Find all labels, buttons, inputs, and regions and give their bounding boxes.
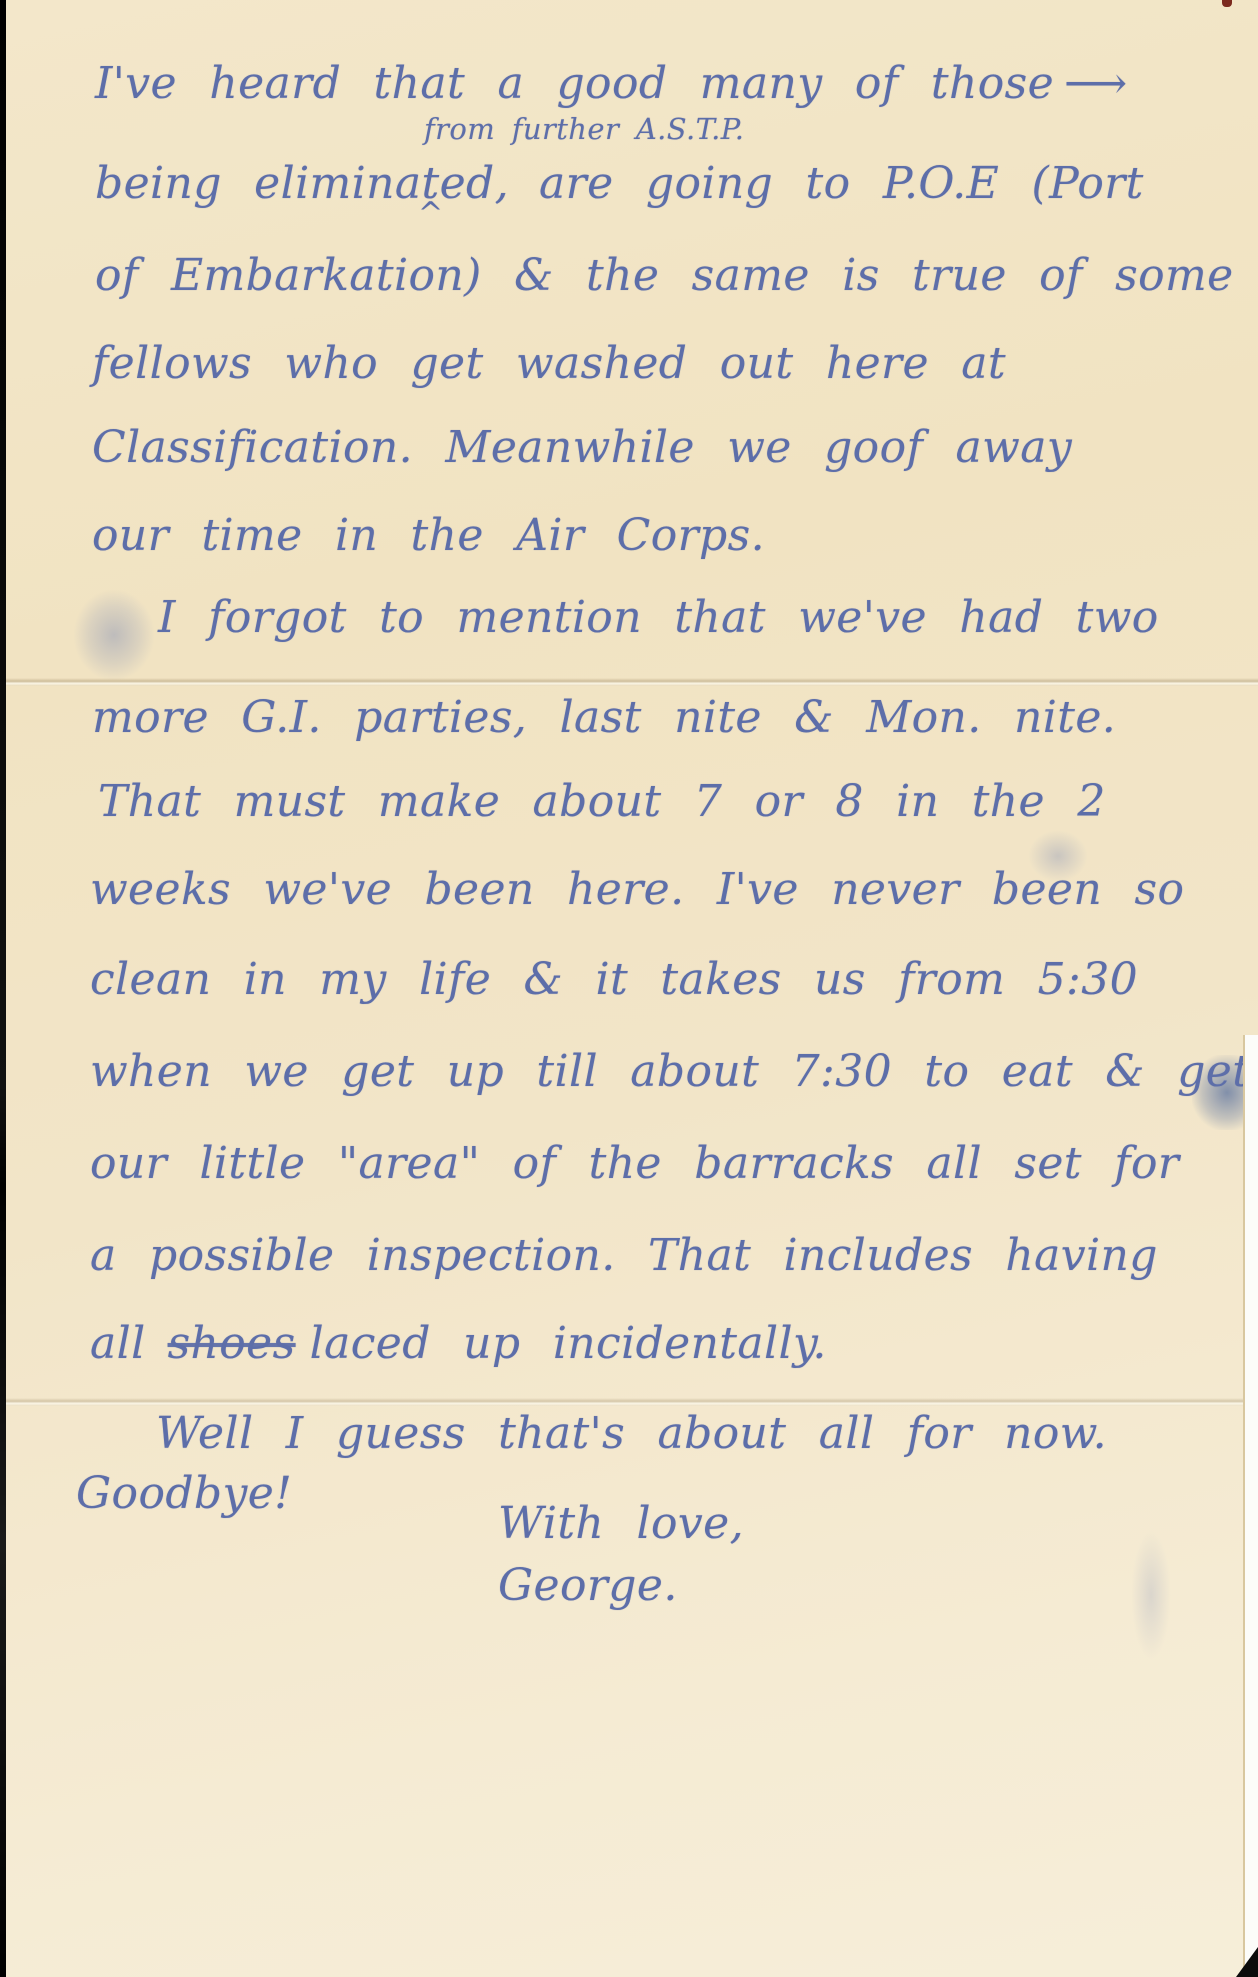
letter-line: clean in my life & it takes us from 5:30 <box>90 954 1138 1005</box>
letter-line: our time in the Air Corps. <box>92 510 765 561</box>
scan-edge-left <box>0 0 6 1977</box>
letter-line-text: I've heard that a good many of those <box>95 58 1054 109</box>
letter-line: when we get up till about 7:30 to eat & … <box>90 1046 1250 1097</box>
letter-line: Well I guess that's about all for now. <box>156 1408 1107 1459</box>
letter-line: of Embarkation) & the same is true of so… <box>95 250 1234 301</box>
closing-with-love: With love, <box>498 1498 744 1549</box>
letter-paper: I've heard that a good many of those⟶ fr… <box>6 0 1258 1977</box>
letter-line: Classification. Meanwhile we goof away <box>92 422 1072 473</box>
interline-insertion: from further A.S.T.P. <box>424 112 744 146</box>
letter-scan: { "letter": { "ink_color": "#5d6ea9", "p… <box>0 0 1258 1977</box>
letter-line: I forgot to mention that we've had two <box>158 592 1159 643</box>
letter-line: a possible inspection. That includes hav… <box>90 1230 1158 1281</box>
letter-line-strikethrough: allshoeslaced up incidentally. <box>90 1318 827 1369</box>
signature: George. <box>498 1560 678 1611</box>
letter-line-text: are going to P.O.E (Port <box>539 158 1144 209</box>
letter-line-text: laced up incidentally. <box>310 1318 827 1369</box>
arrow-flourish: ⟶ <box>1064 58 1127 109</box>
fold-crease-top <box>6 678 1258 686</box>
struck-word: shoes <box>168 1318 296 1369</box>
scan-mark-top-right <box>1222 0 1232 7</box>
closing-goodbye: Goodbye! <box>76 1468 292 1519</box>
letter-line: our little "area" of the barracks all se… <box>90 1138 1179 1189</box>
letter-line: more G.I. parties, last nite & Mon. nite… <box>92 692 1116 743</box>
caret-mark: ^ <box>418 196 444 231</box>
letter-line: weeks we've been here. I've never been s… <box>90 864 1184 915</box>
letter-line: being eliminated,are going to P.O.E (Por… <box>95 158 1144 209</box>
letter-line-text: being eliminated, <box>95 158 509 209</box>
ink-smudge <box>74 590 154 680</box>
letter-line: I've heard that a good many of those⟶ <box>95 58 1127 109</box>
letter-line: That must make about 7 or 8 in the 2 <box>98 776 1106 827</box>
scan-corner-bottom-right <box>1236 1947 1258 1977</box>
ink-smudge <box>1131 1530 1171 1660</box>
letter-line: fellows who get washed out here at <box>92 338 1006 389</box>
fold-crease-bottom <box>6 1398 1258 1406</box>
paper-right-edge <box>1243 1035 1258 1977</box>
letter-line-text: all <box>90 1318 146 1369</box>
